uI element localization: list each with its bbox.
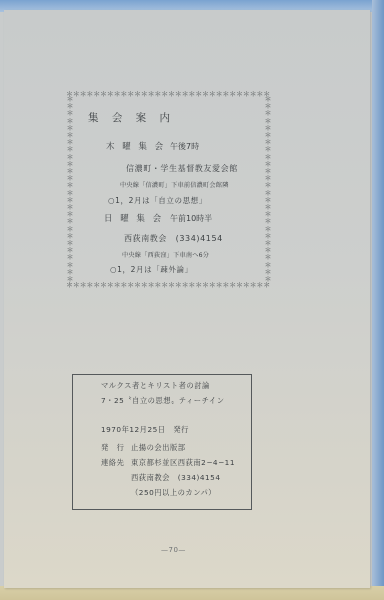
thursday-time: 午後7時 [170,141,199,152]
page-number: —70— [161,546,186,554]
price-note: （250円以上のカンパ） [131,488,216,498]
thursday-directions: 中央線「信濃町」下車前信濃町会館隣 [120,180,229,189]
colophon-subtitle: 7・25〝自立の思想〟ティーチイン [101,396,225,406]
publication-date: 1970年12月25日 発行 [101,425,189,435]
thursday-topic: ○1，2月は「自立の思想」 [108,195,207,206]
sunday-directions: 中央線「西荻窪」下車南へ6分 [122,250,209,259]
contact-label: 連絡先 [101,458,124,468]
star-border-right: ＊ ＊ ＊ ＊ ＊ ＊ ＊ ＊ ＊ ＊ ＊ ＊ ＊ ＊ ＊ ＊ ＊ ＊ ＊ ＊ … [264,96,272,284]
colophon-box: マルクス者とキリスト者の討論 7・25〝自立の思想〟ティーチイン 1970年12… [72,374,252,510]
contact-address: 東京都杉並区西荻南2−4−11 [131,458,235,468]
notice-title: 集 会 案 内 [88,110,175,125]
sunday-topic: ○1，2月は「疎外論」 [110,264,193,275]
star-border-bottom: ＊＊＊＊＊＊＊＊＊＊＊＊＊＊＊＊＊＊＊＊＊＊＊＊＊＊＊＊＊＊ [66,281,272,289]
meeting-notice-frame: ＊＊＊＊＊＊＊＊＊＊＊＊＊＊＊＊＊＊＊＊＊＊＊＊＊＊＊＊＊＊ ＊＊＊＊＊＊＊＊＊… [66,90,272,289]
sunday-heading: 日 曜 集 会 [104,212,164,224]
contact-church-phone: 西荻南教会 (334)4154 [131,473,220,483]
thursday-heading: 木 曜 集 会 [106,140,166,152]
star-border-left: ＊ ＊ ＊ ＊ ＊ ＊ ＊ ＊ ＊ ＊ ＊ ＊ ＊ ＊ ＊ ＊ ＊ ＊ ＊ ＊ … [66,96,74,284]
publisher-name: 止揚の会出版部 [131,443,186,453]
star-border-top: ＊＊＊＊＊＊＊＊＊＊＊＊＊＊＊＊＊＊＊＊＊＊＊＊＊＊＊＊＊＊ [66,90,272,98]
sunday-venue: 西荻南教会 (334)4154 [124,233,223,244]
publisher-label: 発 行 [101,443,124,453]
backdrop-bottom-edge [0,586,384,600]
backdrop-right-edge [372,0,384,600]
booklet-page: ＊＊＊＊＊＊＊＊＊＊＊＊＊＊＊＊＊＊＊＊＊＊＊＊＊＊＊＊＊＊ ＊＊＊＊＊＊＊＊＊… [4,10,370,588]
sunday-time: 午前10時半 [170,213,212,224]
colophon-title: マルクス者とキリスト者の討論 [101,381,210,391]
thursday-venue: 信濃町・学生基督教友愛会館 [126,163,238,174]
